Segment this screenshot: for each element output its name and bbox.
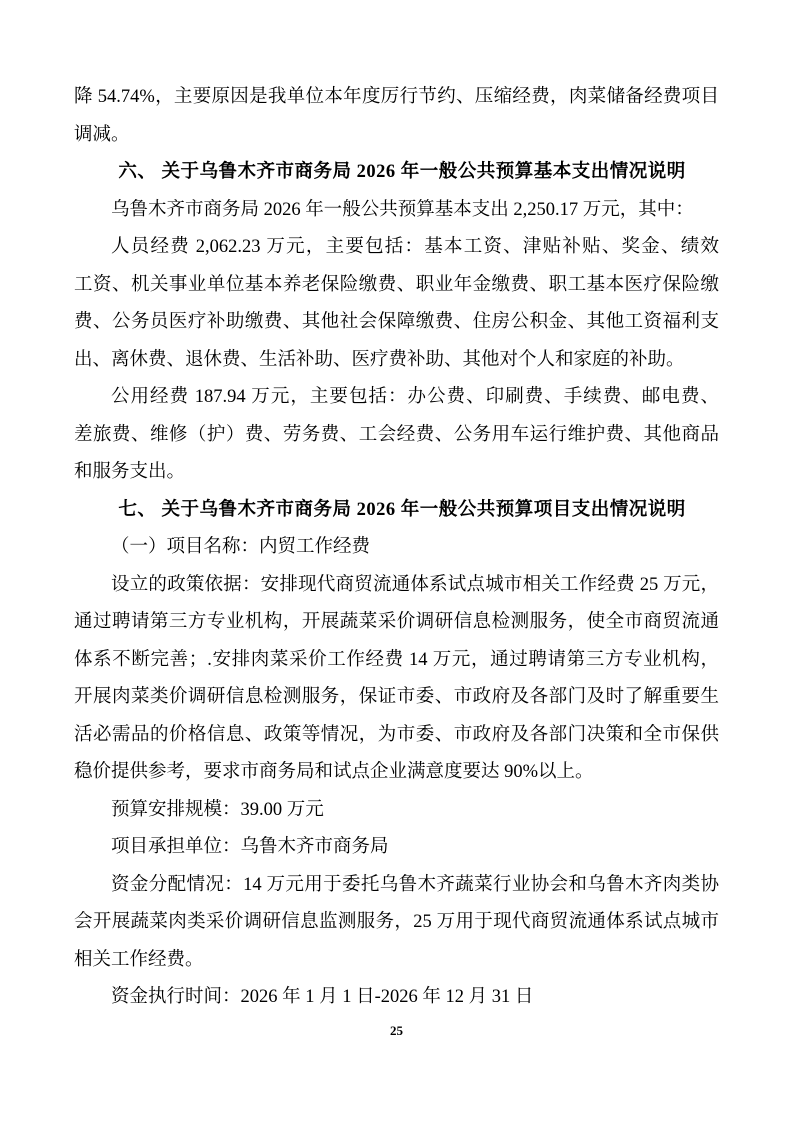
text-line: 资金执行时间：2026 年 1 月 1 日-2026 年 12 月 31 日	[74, 979, 719, 1017]
page-number: 25	[0, 1022, 793, 1040]
text-line: 出、离休费、退休费、生活补助、医疗费补助、其他对个人和家庭的补助。	[74, 342, 719, 380]
text-line: 会开展蔬菜肉类采价调研信息监测服务，25 万用于现代商贸流通体系试点城市	[74, 904, 719, 942]
text-line: 相关工作经费。	[74, 942, 719, 980]
text-line: 稳价提供参考，要求市商务局和试点企业满意度要达 90%以上。	[74, 754, 719, 792]
text-line: 开展肉菜类价调研信息检测服务，保证市委、市政府及各部门及时了解重要生	[74, 679, 719, 717]
text-line: 通过聘请第三方专业机构，开展蔬菜采价调研信息检测服务，使全市商贸流通	[74, 604, 719, 642]
text-line: 设立的政策依据：安排现代商贸流通体系试点城市相关工作经费 25 万元，	[74, 567, 719, 605]
text-line: 人员经费 2,062.23 万元，主要包括：基本工资、津贴补贴、奖金、绩效	[74, 229, 719, 267]
text-line: 预算安排规模：39.00 万元	[74, 792, 719, 830]
text-line: 项目承担单位：乌鲁木齐市商务局	[74, 829, 719, 867]
heading-line: 七、 关于乌鲁木齐市商务局 2026 年一般公共预算项目支出情况说明	[74, 492, 719, 530]
text-line: 调减。	[74, 117, 719, 155]
document-page: 降 54.74%，主要原因是我单位本年度厉行节约、压缩经费，肉菜储备经费项目调减…	[0, 0, 793, 1122]
text-line: 降 54.74%，主要原因是我单位本年度厉行节约、压缩经费，肉菜储备经费项目	[74, 79, 719, 117]
text-line: 活必需品的价格信息、政策等情况，为市委、市政府及各部门决策和全市保供	[74, 717, 719, 755]
text-line: 费、公务员医疗补助缴费、其他社会保障缴费、住房公积金、其他工资福利支	[74, 304, 719, 342]
text-line: 差旅费、维修（护）费、劳务费、工会经费、公务用车运行维护费、其他商品	[74, 417, 719, 455]
text-line: 体系不断完善；.安排肉菜采价工作经费 14 万元，通过聘请第三方专业机构，	[74, 642, 719, 680]
text-line: 和服务支出。	[74, 454, 719, 492]
text-line: 乌鲁木齐市商务局 2026 年一般公共预算基本支出 2,250.17 万元，其中…	[74, 192, 719, 230]
text-line: （一）项目名称：内贸工作经费	[74, 529, 719, 567]
heading-line: 六、 关于乌鲁木齐市商务局 2026 年一般公共预算基本支出情况说明	[74, 154, 719, 192]
text-line: 公用经费 187.94 万元，主要包括：办公费、印刷费、手续费、邮电费、	[74, 379, 719, 417]
text-line: 资金分配情况：14 万元用于委托乌鲁木齐蔬菜行业协会和乌鲁木齐肉类协	[74, 867, 719, 905]
text-line: 工资、机关事业单位基本养老保险缴费、职业年金缴费、职工基本医疗保险缴	[74, 267, 719, 305]
document-lines: 降 54.74%，主要原因是我单位本年度厉行节约、压缩经费，肉菜储备经费项目调减…	[74, 79, 719, 1017]
